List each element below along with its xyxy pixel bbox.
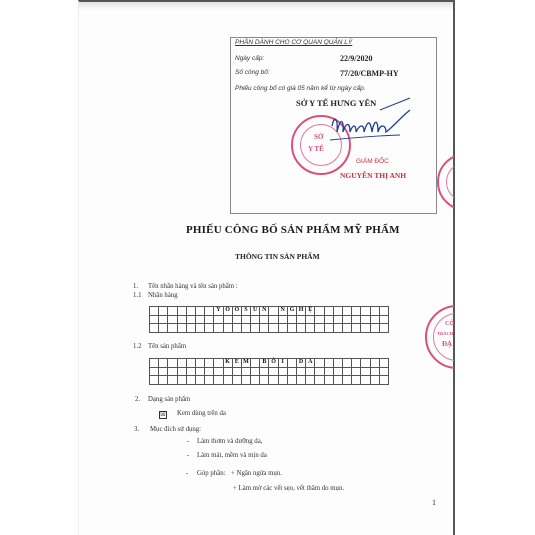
grid-cell	[324, 376, 333, 385]
grid-cell	[159, 324, 168, 333]
grid-cell	[361, 324, 370, 333]
signer-title: GIÁM ĐỐC	[356, 158, 389, 165]
product-grid: KEMBÔIDA	[149, 358, 389, 385]
number-label: Số công bố:	[235, 69, 270, 76]
grid-cell	[223, 324, 232, 333]
grid-cell	[287, 376, 296, 385]
grid-cell: B	[260, 359, 269, 368]
grid-cell	[306, 324, 315, 333]
grid-cell	[159, 315, 168, 324]
grid-cell	[352, 376, 361, 385]
grid-cell	[379, 324, 388, 333]
purpose-item: Làm mát, mềm và mịn da	[197, 452, 267, 459]
grid-cell: U	[251, 307, 260, 316]
grid-cell: Y	[214, 307, 223, 316]
grid-cell	[159, 376, 168, 385]
grid-cell	[223, 376, 232, 385]
grid-cell	[205, 367, 214, 376]
section3-number: 3.	[134, 426, 139, 433]
grid-cell	[177, 315, 186, 324]
grid-cell	[315, 307, 324, 316]
grid-cell: Ệ	[306, 307, 315, 316]
grid-cell	[269, 307, 278, 316]
section3-label: Mục đích sử dụng:	[150, 426, 201, 433]
section2-label: Dạng sản phẩm	[148, 396, 190, 403]
grid-cell	[223, 367, 232, 376]
grid-cell	[195, 367, 204, 376]
grid-cell	[251, 315, 260, 324]
grid-cell	[315, 376, 324, 385]
grid-cell	[370, 324, 379, 333]
purpose-item: Làm thơm và dưỡng da,	[197, 438, 262, 445]
grid-cell	[205, 324, 214, 333]
grid-cell: M	[241, 359, 250, 368]
side-stamp-line3: ĐẠ	[442, 340, 452, 348]
grid-cell: H	[297, 307, 306, 316]
grid-cell	[352, 367, 361, 376]
grid-cell	[333, 307, 342, 316]
grid-cell	[379, 315, 388, 324]
product-number: 1.2	[133, 343, 142, 350]
grid-cell	[287, 324, 296, 333]
grid-cell	[186, 367, 195, 376]
grid-cell	[168, 315, 177, 324]
contribute-label: Góp phần:	[197, 470, 226, 477]
side-stamp-line2: TRÁCH N	[437, 331, 454, 336]
grid-cell	[333, 324, 342, 333]
grid-cell: E	[232, 359, 241, 368]
grid-cell: Ô	[269, 359, 278, 368]
section1-label: Tên nhãn hàng và tên sản phẩm :	[148, 283, 238, 290]
grid-cell	[195, 376, 204, 385]
grid-cell	[260, 367, 269, 376]
issue-date-label: Ngày cấp:	[235, 55, 264, 62]
side-stamp-clip: CÔ TRÁCH N ĐẠ	[420, 300, 454, 375]
grid-cell	[297, 315, 306, 324]
grid-cell	[287, 359, 296, 368]
brand-grid: YOOSUNNGHỆ	[149, 306, 389, 333]
grid-cell	[241, 324, 250, 333]
grid-cell	[370, 307, 379, 316]
grid-cell	[251, 367, 260, 376]
authority-box-header: PHẦN DÀNH CHO CƠ QUAN QUẢN LÝ	[235, 39, 352, 46]
grid-cell	[306, 367, 315, 376]
grid-cell	[168, 359, 177, 368]
section2-number: 2.	[135, 396, 140, 403]
grid-cell	[379, 307, 388, 316]
grid-cell	[241, 315, 250, 324]
grid-cell: I	[278, 359, 287, 368]
page-top-shadow	[78, 2, 453, 10]
contribute-item: + Ngăn ngừa mụn.	[231, 470, 282, 477]
grid-cell: A	[306, 359, 315, 368]
grid-cell	[260, 315, 269, 324]
grid-cell	[177, 324, 186, 333]
grid-cell	[278, 367, 287, 376]
grid-row: YOOSUNNGHỆ	[150, 307, 389, 316]
grid-cell	[214, 315, 223, 324]
signature-icon	[320, 88, 420, 154]
grid-cell	[297, 324, 306, 333]
grid-cell: D	[297, 359, 306, 368]
grid-cell	[324, 324, 333, 333]
grid-cell	[186, 324, 195, 333]
grid-cell	[159, 307, 168, 316]
grid-cell	[370, 367, 379, 376]
grid-cell	[379, 376, 388, 385]
grid-cell	[159, 367, 168, 376]
grid-cell	[333, 376, 342, 385]
grid-cell	[361, 359, 370, 368]
grid-row: KEMBÔIDA	[150, 359, 389, 368]
grid-cell	[269, 324, 278, 333]
grid-cell	[150, 324, 159, 333]
grid-cell	[223, 315, 232, 324]
grid-cell	[370, 315, 379, 324]
grid-cell	[278, 324, 287, 333]
grid-cell	[278, 315, 287, 324]
grid-cell	[195, 315, 204, 324]
grid-cell	[379, 359, 388, 368]
grid-cell	[352, 315, 361, 324]
grid-cell	[241, 367, 250, 376]
grid-cell: K	[223, 359, 232, 368]
document-subtitle: THÔNG TIN SẢN PHẨM	[235, 252, 320, 261]
grid-cell	[205, 307, 214, 316]
grid-cell: S	[241, 307, 250, 316]
grid-cell	[214, 376, 223, 385]
side-stamp-top-clip	[420, 150, 454, 214]
grid-cell	[260, 376, 269, 385]
grid-cell: O	[223, 307, 232, 316]
grid-cell	[186, 376, 195, 385]
grid-cell	[232, 367, 241, 376]
grid-cell	[342, 324, 351, 333]
signer-name: NGUYỄN THỊ ANH	[340, 171, 406, 180]
grid-cell	[168, 324, 177, 333]
grid-cell	[324, 359, 333, 368]
grid-cell	[150, 376, 159, 385]
grid-cell	[205, 376, 214, 385]
grid-cell	[342, 359, 351, 368]
grid-cell	[214, 359, 223, 368]
section1-number: 1.	[133, 283, 138, 290]
grid-cell	[195, 359, 204, 368]
grid-cell	[370, 359, 379, 368]
grid-cell	[159, 359, 168, 368]
grid-cell	[150, 315, 159, 324]
grid-cell	[232, 324, 241, 333]
grid-cell	[352, 359, 361, 368]
grid-cell	[177, 359, 186, 368]
grid-cell	[287, 315, 296, 324]
grid-cell	[333, 359, 342, 368]
grid-row	[150, 324, 389, 333]
grid-cell	[214, 324, 223, 333]
grid-cell	[214, 367, 223, 376]
grid-cell	[315, 315, 324, 324]
document-title: PHIẾU CÔNG BỐ SẢN PHẨM MỸ PHẨM	[186, 224, 400, 236]
grid-cell	[342, 367, 351, 376]
grid-row	[150, 376, 389, 385]
grid-cell	[269, 315, 278, 324]
grid-cell	[361, 367, 370, 376]
grid-cell	[333, 367, 342, 376]
grid-cell	[186, 315, 195, 324]
brand-label: Nhãn hàng	[148, 292, 178, 299]
grid-cell	[251, 324, 260, 333]
grid-cell	[150, 367, 159, 376]
grid-row	[150, 367, 389, 376]
grid-cell	[150, 307, 159, 316]
brand-number: 1.1	[133, 292, 142, 299]
grid-cell	[342, 315, 351, 324]
grid-cell	[352, 324, 361, 333]
grid-cell	[232, 376, 241, 385]
grid-cell	[168, 367, 177, 376]
issue-date-value: 22/9/2020	[340, 54, 372, 63]
grid-cell	[324, 367, 333, 376]
number-value: 77/20/CBMP-HY	[340, 69, 399, 78]
grid-cell: N	[260, 307, 269, 316]
grid-cell	[186, 307, 195, 316]
page-number: 1	[432, 498, 436, 507]
grid-cell	[342, 376, 351, 385]
grid-cell	[168, 307, 177, 316]
grid-row	[150, 315, 389, 324]
grid-cell	[177, 367, 186, 376]
grid-cell	[278, 376, 287, 385]
grid-cell	[361, 307, 370, 316]
grid-cell	[315, 367, 324, 376]
grid-cell	[241, 376, 250, 385]
grid-cell	[177, 376, 186, 385]
bullet-dash: -	[187, 438, 189, 445]
grid-cell	[306, 315, 315, 324]
grid-cell	[177, 307, 186, 316]
grid-cell: G	[287, 307, 296, 316]
product-label: Tên sản phẩm	[148, 343, 186, 350]
grid-cell	[370, 376, 379, 385]
grid-cell	[306, 376, 315, 385]
grid-cell	[379, 367, 388, 376]
grid-cell	[287, 367, 296, 376]
grid-cell: O	[232, 307, 241, 316]
bullet-dash: -	[187, 452, 189, 459]
grid-cell	[297, 367, 306, 376]
product-form-checkbox[interactable]: ☒	[159, 411, 167, 419]
grid-cell	[315, 324, 324, 333]
grid-cell	[315, 359, 324, 368]
grid-cell	[195, 307, 204, 316]
grid-cell	[361, 315, 370, 324]
grid-cell	[342, 307, 351, 316]
grid-cell	[269, 367, 278, 376]
grid-cell	[361, 376, 370, 385]
grid-cell: N	[278, 307, 287, 316]
grid-cell	[205, 315, 214, 324]
grid-cell	[269, 376, 278, 385]
grid-cell	[324, 315, 333, 324]
bullet-dash: -	[186, 470, 188, 477]
grid-cell	[205, 359, 214, 368]
grid-cell	[251, 376, 260, 385]
contribute-item: + Làm mờ các vết sẹo, vết thâm do mụn.	[233, 485, 344, 492]
grid-cell	[168, 376, 177, 385]
grid-cell	[232, 315, 241, 324]
grid-cell	[260, 324, 269, 333]
grid-cell	[251, 359, 260, 368]
grid-cell	[150, 359, 159, 368]
grid-cell	[352, 307, 361, 316]
grid-cell	[324, 307, 333, 316]
grid-cell	[186, 359, 195, 368]
grid-cell	[195, 324, 204, 333]
side-stamp-line1: CÔ	[445, 321, 454, 327]
product-form-option-label: Kem dùng trên da	[177, 410, 226, 417]
grid-cell	[297, 376, 306, 385]
grid-cell	[333, 315, 342, 324]
